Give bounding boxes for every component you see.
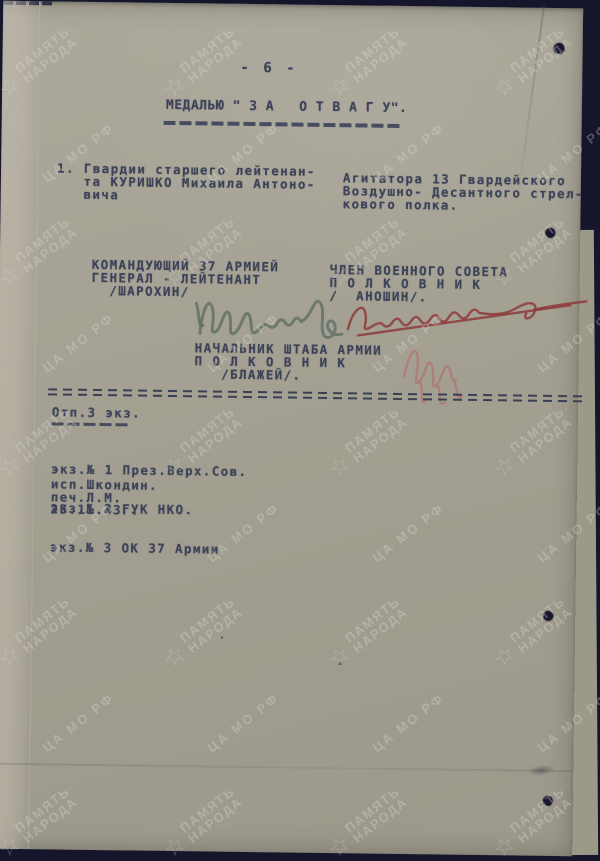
copies-underline	[52, 422, 128, 426]
document-title: МЕДАЛЬЮ " З А О Т В А Г У".	[166, 99, 408, 115]
ink-smudge	[527, 763, 556, 777]
copies-note: Отп.3 экз.	[52, 405, 141, 419]
document-page: - 6 - МЕДАЛЬЮ " З А О Т В А Г У". 1. Гва…	[0, 1, 583, 857]
award-recipient: 1. Гвардии старшего лейтенан- та КУРИШКО…	[57, 161, 316, 203]
separator-line	[48, 388, 586, 404]
title-underline	[164, 121, 400, 128]
scan-background: - 6 - МЕДАЛЬЮ " З А О Т В А Г У". 1. Гва…	[0, 0, 600, 861]
page-number: - 6 -	[240, 62, 297, 76]
distribution-line: экз.№ 3 ОК 37 Армии	[50, 540, 247, 556]
left-page-edge	[0, 1, 40, 849]
punch-hole	[543, 611, 553, 621]
award-position: Агитатора 13 Гвардейского Воздушно- Деса…	[343, 171, 584, 213]
punch-hole	[554, 43, 565, 54]
punch-hole	[543, 796, 553, 806]
paper-speck	[339, 662, 342, 665]
horizontal-crease	[0, 763, 573, 773]
distribution-line: экз.№ 1 През.Верх.Сов.	[51, 462, 248, 478]
sharokhin-signature	[192, 283, 345, 357]
punch-hole	[545, 228, 555, 238]
date-note: 25.11.43г.	[51, 502, 140, 516]
paper-speck	[221, 637, 223, 639]
